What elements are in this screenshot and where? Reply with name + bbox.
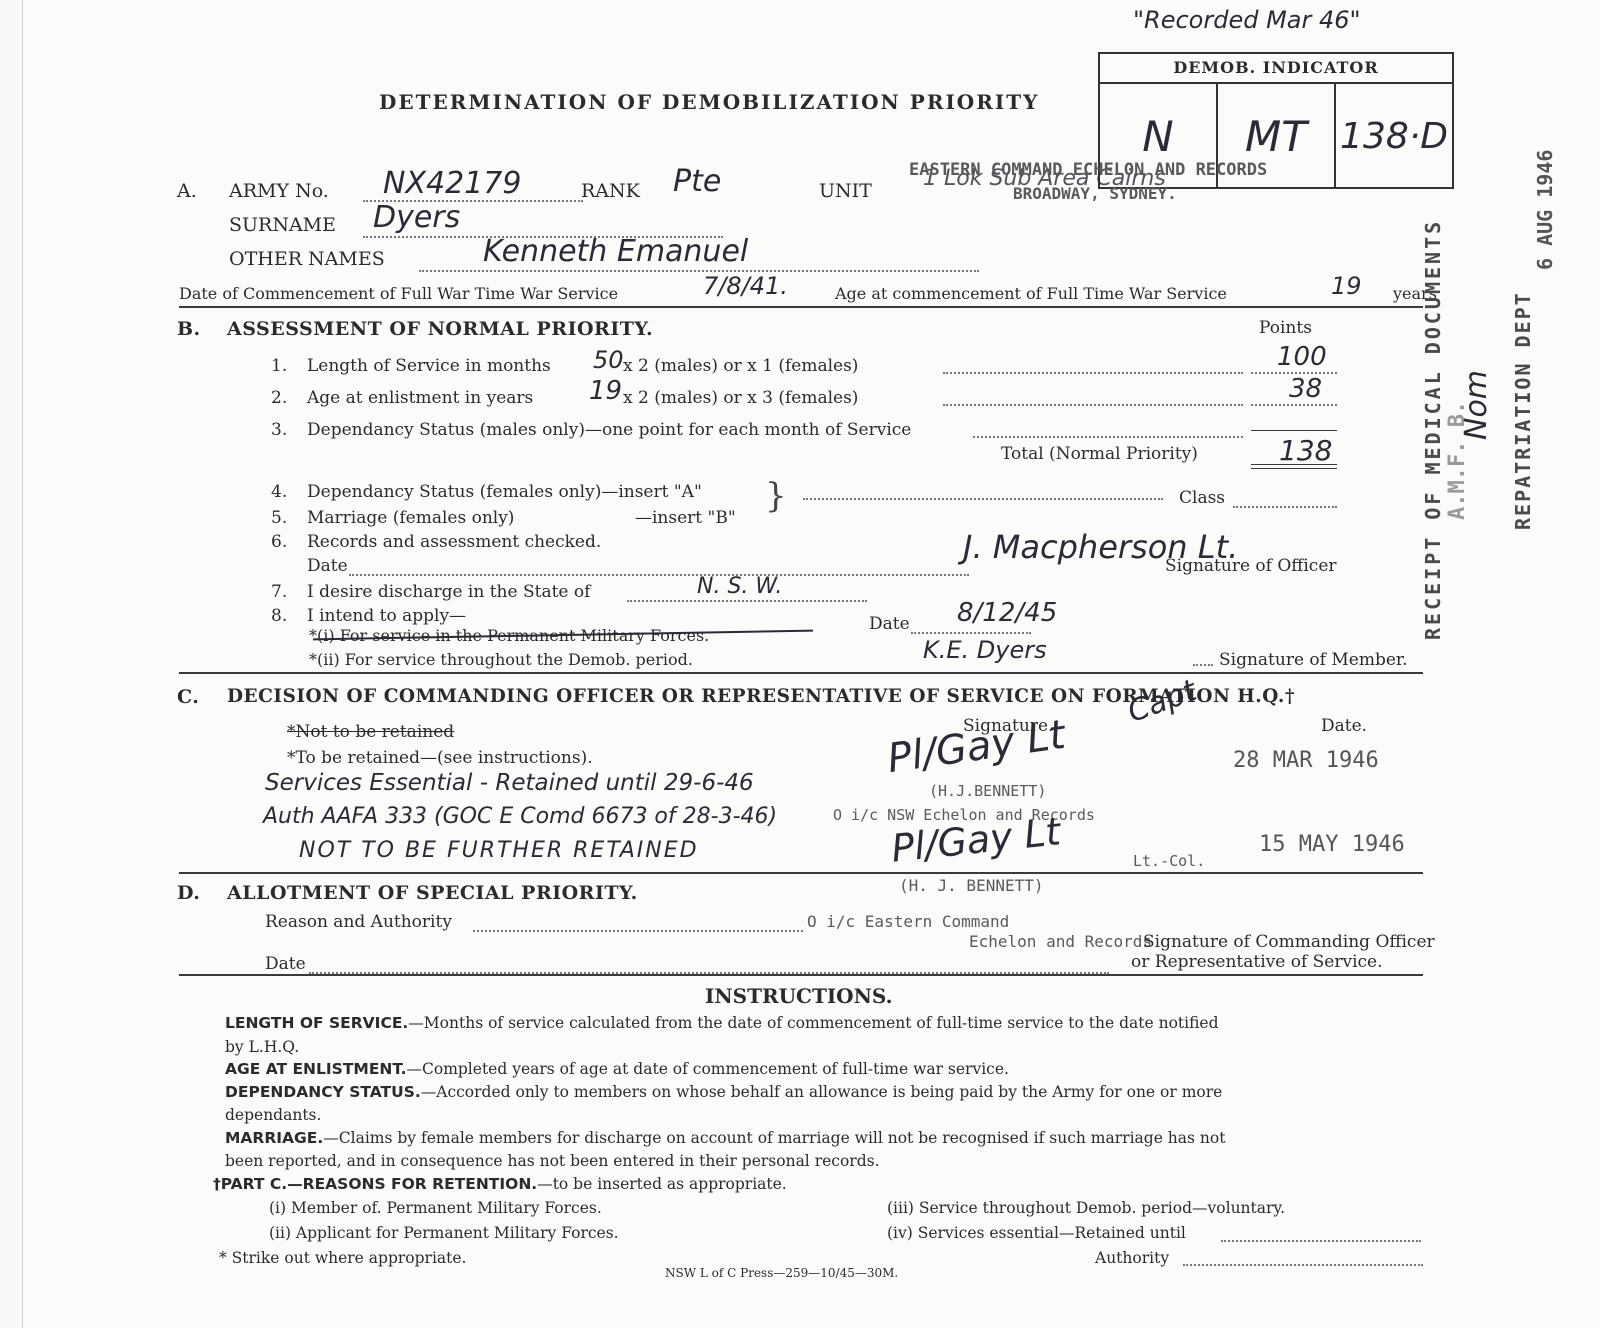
instruction-text: —Completed years of age at date of comme… — [407, 1060, 1009, 1078]
repatriation-initials: Nom — [1459, 370, 1494, 440]
stamp-date-2: 15 MAY 1946 — [1259, 832, 1405, 857]
reason-authority-label: Reason and Authority — [265, 912, 452, 932]
discharge-state-label: I desire discharge in the State of — [307, 582, 590, 602]
recorded-annotation: "Recorded Mar 46" — [1133, 6, 1361, 34]
document-page: "Recorded Mar 46" DETERMINATION OF DEMOB… — [22, 0, 1600, 1328]
authority-label: Authority — [1095, 1249, 1169, 1267]
item-number: 8. — [271, 606, 287, 626]
stamp-bennett-2: (H. J. BENNETT) — [899, 876, 1044, 895]
co-signature-label-2: or Representative of Service. — [1131, 952, 1383, 972]
instruction-text: —Accorded only to members on whose behal… — [421, 1083, 1223, 1101]
discharge-state-value: N. S. W. — [697, 574, 782, 599]
age-enlistment-label: Age at enlistment in years — [307, 388, 533, 408]
section-a-letter: A. — [177, 180, 197, 202]
retention-note-1: Services Essential - Retained until 29-6… — [265, 770, 754, 796]
stamp-repatriation-date: 6 AUG 1946 — [1533, 150, 1557, 270]
other-names-value: Kenneth Emanuel — [483, 234, 748, 269]
brace: } — [765, 476, 787, 516]
instruction-age-enlistment: AGE AT ENLISTMENT.—Completed years of ag… — [225, 1060, 1009, 1078]
instruction-text: —Months of service calculated from the d… — [408, 1014, 1218, 1032]
length-service-months: 50 — [593, 346, 624, 374]
total-normal-priority-value: 138 — [1279, 434, 1332, 467]
item-number: 4. — [271, 482, 287, 502]
instruction-heading: MARRIAGE. — [225, 1129, 323, 1147]
instruction-text: dependants. — [225, 1106, 321, 1124]
section-c-letter: C. — [177, 686, 199, 708]
co-signature-label: Signature of Commanding Officer — [1143, 932, 1435, 952]
dependancy-females-label: Dependancy Status (females only)—insert … — [307, 482, 702, 502]
length-service-label: Length of Service in months — [307, 356, 551, 376]
army-no-value: NX42179 — [383, 166, 521, 201]
army-no-label: ARMY No. — [229, 180, 329, 202]
retention-reason: (iii) Service throughout Demob. period—v… — [887, 1199, 1285, 1217]
instruction-text: —Claims by female members for discharge … — [323, 1129, 1225, 1147]
printer-imprint: NSW L of C Press—259—10/45—30M. — [665, 1266, 898, 1280]
stamp-echelon-records: Echelon and Records — [969, 932, 1152, 951]
stamp-bennett-1: (H.J.BENNETT) — [929, 782, 1046, 800]
instructions-title: INSTRUCTIONS. — [705, 984, 893, 1008]
retention-reason: (i) Member of. Permanent Military Forces… — [269, 1199, 602, 1217]
surname-value: Dyers — [373, 200, 460, 235]
member-date-value: 8/12/45 — [957, 598, 1057, 628]
stamp-date-1: 28 MAR 1946 — [1233, 748, 1379, 773]
retention-reason: (ii) Applicant for Permanent Military Fo… — [269, 1224, 619, 1242]
retention-note-2: Auth AAFA 333 (GOC E Comd 6673 of 28-3-4… — [263, 804, 777, 829]
item-number: 6. — [271, 532, 287, 552]
instruction-text: been reported, and in consequence has no… — [225, 1152, 880, 1170]
retention-note-3: NOT TO BE FURTHER RETAINED — [299, 838, 699, 863]
age-enlistment-multipliers: x 2 (males) or x 3 (females) — [623, 388, 858, 408]
rank-label: RANK — [581, 180, 640, 202]
instruction-heading: LENGTH OF SERVICE. — [225, 1014, 408, 1032]
length-service-points: 100 — [1277, 342, 1327, 372]
age-commencement-value: 19 — [1331, 272, 1362, 300]
instruction-text: —to be inserted as appropriate. — [537, 1175, 787, 1193]
stamp-unit-line2: BROADWAY, SYDNEY. — [1013, 184, 1177, 203]
intend-apply-label: I intend to apply— — [307, 606, 466, 626]
section-d-letter: D. — [177, 882, 200, 904]
unit-label: UNIT — [819, 180, 872, 202]
item-number: 5. — [271, 508, 287, 528]
age-enlistment-points: 38 — [1289, 374, 1322, 404]
class-label: Class — [1179, 488, 1225, 508]
commencement-value: 7/8/41. — [703, 272, 788, 300]
not-retained-option: *Not to be retained — [287, 722, 454, 742]
c-signature-capt: Capt — [1123, 673, 1201, 730]
instruction-heading: †PART C.—REASONS FOR RETENTION. — [213, 1175, 537, 1193]
instruction-part-c: †PART C.—REASONS FOR RETENTION.—to be in… — [213, 1175, 787, 1193]
total-normal-priority-label: Total (Normal Priority) — [1001, 444, 1198, 464]
member-signature-label: Signature of Member. — [1219, 650, 1408, 670]
points-label: Points — [1259, 318, 1312, 338]
member-signature-value: K.E. Dyers — [923, 636, 1047, 664]
stamp-unit-line1: EASTERN COMMAND ECHELON AND RECORDS — [909, 160, 1267, 180]
instruction-dependancy: DEPENDANCY STATUS.—Accorded only to memb… — [225, 1083, 1222, 1101]
to-be-retained-option: *To be retained—(see instructions). — [287, 748, 593, 768]
section-d-date-label: Date — [265, 954, 306, 974]
instruction-heading: DEPENDANCY STATUS. — [225, 1083, 421, 1101]
page-title: DETERMINATION OF DEMOBILIZATION PRIORITY — [379, 90, 1039, 114]
section-c-date-label: Date. — [1321, 716, 1367, 736]
officer-signature-label: Signature of Officer — [1165, 556, 1337, 576]
stamp-receipt-medical-documents: RECEIPT OF MEDICAL DOCUMENTS — [1421, 219, 1445, 640]
member-date-label: Date — [869, 614, 910, 634]
other-names-label: OTHER NAMES — [229, 248, 385, 270]
records-checked-label: Records and assessment checked. — [307, 532, 601, 552]
item-number: 7. — [271, 582, 287, 602]
instruction-heading: AGE AT ENLISTMENT. — [225, 1060, 407, 1078]
commencement-label: Date of Commencement of Full War Time Wa… — [179, 284, 618, 303]
section-d-title: ALLOTMENT OF SPECIAL PRIORITY. — [227, 882, 638, 904]
records-date-label: Date — [307, 556, 348, 576]
surname-label: SURNAME — [229, 214, 336, 236]
age-commencement-label: Age at commencement of Full Time War Ser… — [835, 284, 1227, 303]
item-number: 1. — [271, 356, 287, 376]
retention-reason: (iv) Services essential—Retained until — [887, 1224, 1186, 1242]
section-b-title: ASSESSMENT OF NORMAL PRIORITY. — [227, 318, 653, 340]
stamp-rank-ltcol: Lt.-Col. — [1133, 852, 1205, 870]
section-b-letter: B. — [177, 318, 201, 340]
marriage-label: Marriage (females only) — [307, 508, 514, 528]
stamp-oic-eastern: O i/c Eastern Command — [807, 912, 1009, 931]
dependancy-males-label: Dependancy Status (males only)—one point… — [307, 420, 911, 440]
instruction-marriage: MARRIAGE.—Claims by female members for d… — [225, 1129, 1225, 1147]
rank-value: Pte — [673, 164, 721, 199]
strike-out-note: * Strike out where appropriate. — [219, 1249, 466, 1267]
demob-indicator-cell: 138·D — [1336, 84, 1452, 189]
marriage-insert: —insert "B" — [635, 508, 736, 528]
age-enlistment-years: 19 — [589, 376, 622, 406]
stamp-repatriation-dept: REPATRIATION DEPT — [1511, 291, 1535, 530]
instruction-length-service: LENGTH OF SERVICE.—Months of service cal… — [225, 1014, 1219, 1032]
demob-indicator-label: DEMOB. INDICATOR — [1100, 54, 1452, 84]
item-number: 3. — [271, 420, 287, 440]
apply-option-demob: *(ii) For service throughout the Demob. … — [309, 650, 693, 669]
length-service-multipliers: x 2 (males) or x 1 (females) — [623, 356, 858, 376]
item-number: 2. — [271, 388, 287, 408]
instruction-text: by L.H.Q. — [225, 1038, 299, 1056]
